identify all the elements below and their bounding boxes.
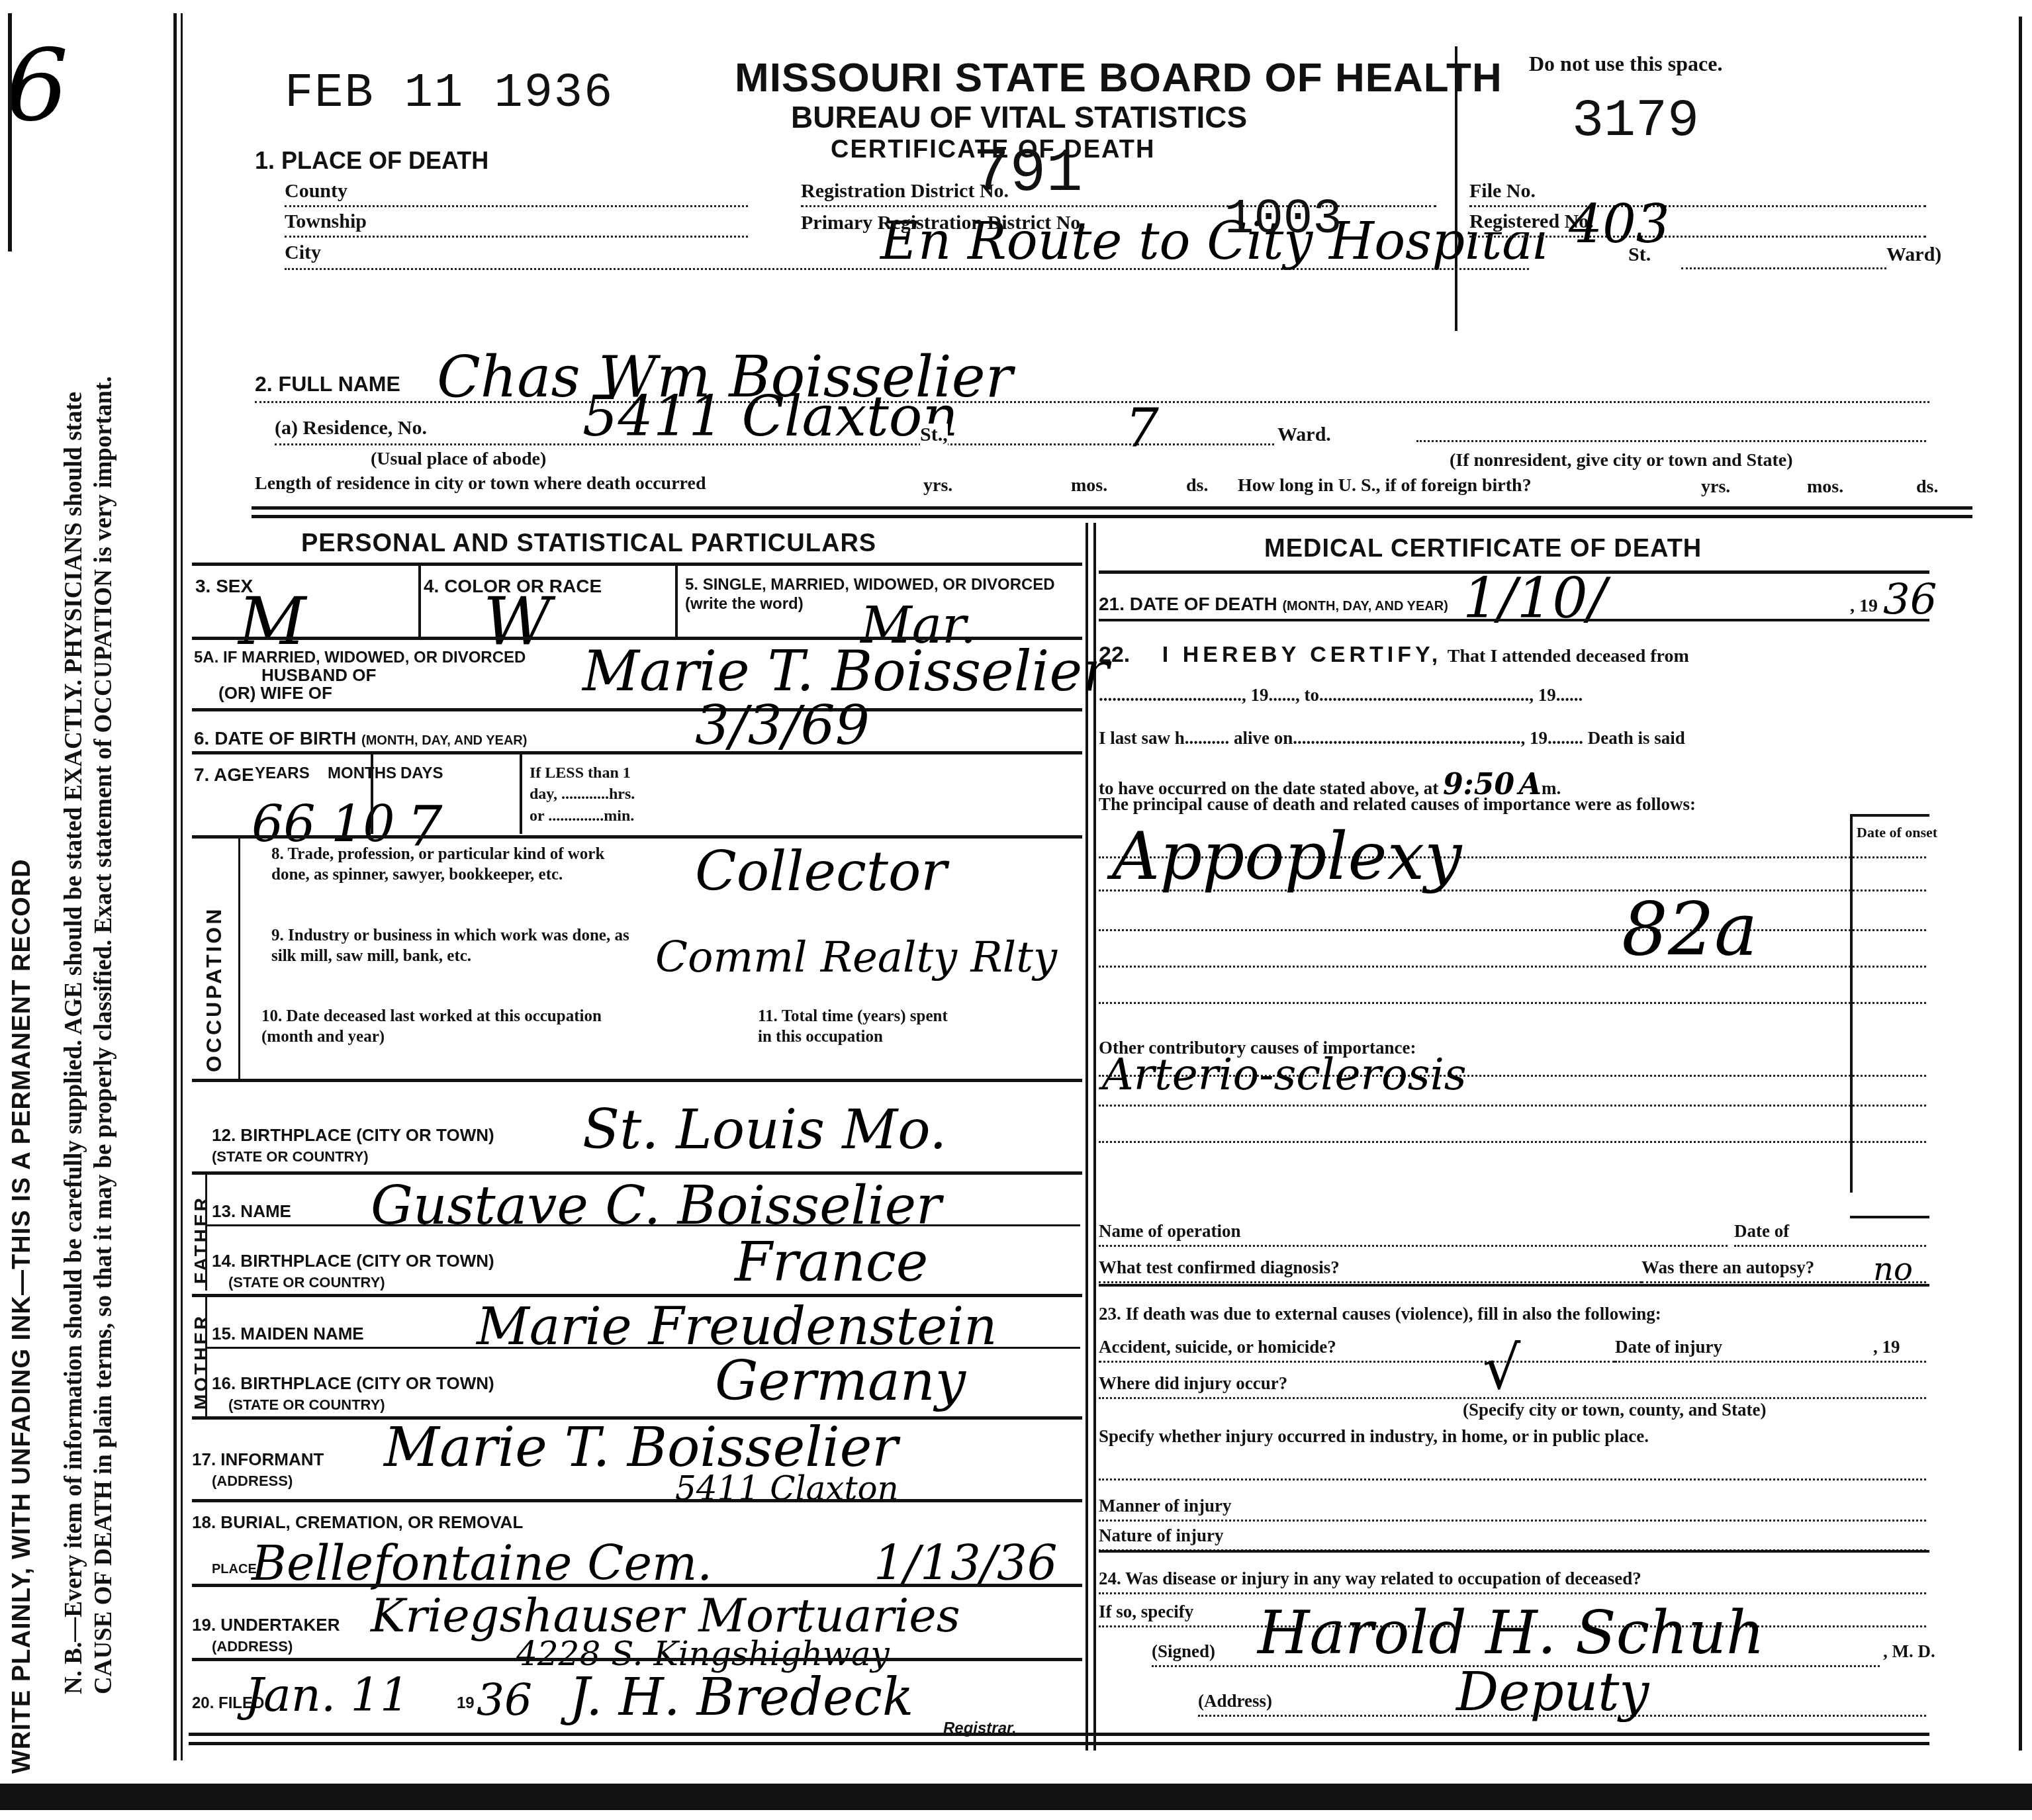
mother-birthplace-sub: (STATE OR COUNTRY)	[228, 1396, 385, 1414]
last-worked-label: 10. Date deceased last worked at this oc…	[261, 1006, 652, 1048]
residence-sub: (Usual place of abode)	[371, 449, 546, 470]
township-label: Township	[285, 210, 367, 232]
registered-no-field[interactable]: Registered No.	[1469, 210, 1926, 238]
form-bottom-bar	[0, 1784, 2032, 1810]
header-divider-2	[252, 515, 1972, 518]
filed-year-prefix: 19	[457, 1694, 475, 1713]
sex-race-divider	[418, 566, 421, 639]
birthplace-sub: (STATE OR COUNTRY)	[212, 1148, 369, 1165]
header-divider-1	[252, 506, 1972, 510]
years-label: YEARS	[255, 764, 310, 783]
dod-sub: (MONTH, DAY, AND YEAR)	[1282, 599, 1448, 614]
row-rule-5	[192, 1079, 1082, 1082]
father-birthplace-sub: (STATE OR COUNTRY)	[228, 1274, 385, 1291]
attended-range[interactable]: ................................, 19....…	[1099, 685, 1583, 705]
burial-label: 18. BURIAL, CREMATION, OR REMOVAL	[192, 1512, 523, 1533]
medical-heading: MEDICAL CERTIFICATE OF DEATH	[1264, 535, 1702, 563]
dob-label: 6. DATE OF BIRTH (MONTH, DAY, AND YEAR)	[194, 728, 527, 749]
margin-instruction-heading: WRITE PLAINLY, WITH UNFADING INK—THIS IS…	[8, 13, 36, 1774]
dod-label: 21. DATE OF DEATH (MONTH, DAY, AND YEAR)	[1099, 594, 1448, 615]
certify-num: 22.	[1099, 642, 1130, 667]
residence-st-label: St.,	[920, 424, 948, 446]
dob-sub: (MONTH, DAY, AND YEAR)	[361, 733, 527, 748]
manner-field[interactable]: Manner of injury	[1099, 1496, 1926, 1522]
autopsy-value[interactable]: no	[1873, 1251, 1913, 1288]
primary-reg-value: 1003	[1224, 192, 1342, 248]
cause-line-3[interactable]	[1099, 927, 1926, 931]
length-of-residence-label: Length of residence in city or town wher…	[255, 473, 706, 494]
father-birthplace-label: 14. BIRTHPLACE (CITY OR TOWN)	[212, 1251, 494, 1271]
margin-note-line2: CAUSE OF DEATH in plain terms, so that i…	[89, 376, 118, 1694]
specify-field[interactable]	[1099, 1476, 1926, 1480]
birthplace-value[interactable]: St. Louis Mo.	[582, 1099, 947, 1161]
accident-label: Accident, suicide, or homicide?	[1099, 1337, 1336, 1357]
form-title: MISSOURI STATE BOARD OF HEALTH	[735, 54, 1502, 101]
filed-date-value[interactable]: Jan. 11	[245, 1668, 409, 1722]
burial-date-value[interactable]: 1/13/36	[874, 1535, 1058, 1591]
row-rule-11	[192, 1658, 1082, 1661]
residence-value: 5411 Claxton	[582, 384, 958, 449]
filed-year-value[interactable]: 36	[477, 1674, 532, 1725]
city-ward-label: Ward)	[1886, 244, 1941, 266]
city-st-label: St.	[1628, 244, 1651, 266]
certify-text: That I attended deceased from	[1448, 646, 1689, 666]
onset-box-top	[1850, 814, 1929, 817]
ward-label: Ward.	[1277, 424, 1331, 446]
dob-value[interactable]: 3/3/69	[695, 695, 870, 758]
autopsy-label: Was there an autopsy?	[1641, 1257, 1814, 1277]
mother-birthplace-value[interactable]: Germany	[715, 1350, 966, 1413]
burial-place-label: PLACE	[212, 1562, 257, 1577]
address-label: (Address)	[1198, 1691, 1272, 1711]
reg-district-value: 791	[973, 139, 1083, 208]
length-ds: ds.	[1186, 475, 1208, 496]
trade-label: 8. Trade, profession, or particular kind…	[271, 844, 642, 886]
md-label: , M. D.	[1883, 1641, 1935, 1662]
office-note: Do not use this space.	[1529, 52, 1722, 76]
footer-rule-1	[189, 1733, 1929, 1736]
form-subtitle: BUREAU OF VITAL STATISTICS	[791, 99, 1247, 135]
cause-line-5[interactable]	[1099, 999, 1926, 1004]
industry-value[interactable]: Comml Realty Rlty	[655, 933, 1057, 982]
nature-label: Nature of injury	[1099, 1525, 1224, 1545]
less-line-1: If LESS than 1	[530, 762, 635, 784]
trade-value[interactable]: Collector	[695, 841, 947, 903]
industry-label: 9. Industry or business in which work wa…	[271, 925, 642, 967]
medical-rule-dod	[1099, 619, 1929, 621]
row-rule-9	[192, 1499, 1082, 1502]
onset-box-bottom	[1850, 1216, 1929, 1218]
related-field[interactable]: 24. Was disease or injury in any way rel…	[1099, 1569, 1926, 1594]
personal-heading: PERSONAL AND STATISTICAL PARTICULARS	[301, 529, 876, 558]
medical-rule-nature	[1099, 1550, 1929, 1553]
occupation-side-label: OCCUPATION	[202, 907, 226, 1072]
row-rule-3	[192, 751, 1082, 754]
manner-label: Manner of injury	[1099, 1496, 1232, 1516]
place-of-death-label: 1. PLACE OF DEATH	[255, 147, 488, 175]
certify-bold: I HEREBY CERTIFY,	[1162, 642, 1442, 667]
age-divider-2	[371, 754, 373, 834]
less-line-2: day, ............hrs.	[530, 784, 635, 805]
dob-label-text: 6. DATE OF BIRTH	[194, 728, 356, 749]
form-left-border-inner	[181, 13, 183, 1760]
burial-place-value[interactable]: Bellefontaine Cem.	[252, 1535, 712, 1591]
nonresident-note: (If nonresident, give city or town and S…	[1450, 450, 1793, 471]
father-birthplace-value[interactable]: France	[735, 1231, 928, 1294]
city-ward-field[interactable]	[1681, 244, 1886, 269]
township-field[interactable]: Township	[285, 210, 748, 238]
operation-date-field[interactable]: Date of	[1734, 1221, 1926, 1247]
signed-label: (Signed)	[1152, 1641, 1215, 1661]
age-label: 7. AGE	[194, 764, 254, 786]
dod-year-prefix: , 19	[1850, 596, 1878, 617]
spouse-label-3: (OR) WIFE OF	[218, 683, 332, 704]
dod-label-text: 21. DATE OF DEATH	[1099, 594, 1277, 614]
last-saw-line[interactable]: I last saw h.......... alive on.........…	[1099, 728, 1685, 749]
onset-box-left	[1850, 815, 1853, 1193]
days-label: DAYS	[400, 764, 443, 783]
length-mos: mos.	[1071, 475, 1107, 496]
injury-year: , 19	[1873, 1337, 1900, 1357]
medical-rule-autopsy	[1099, 1284, 1929, 1287]
row-rule-10	[192, 1584, 1082, 1587]
nonresident-field[interactable]	[1416, 414, 1926, 442]
test-label: What test confirmed diagnosis?	[1099, 1257, 1340, 1277]
informant-sub: (ADDRESS)	[212, 1473, 293, 1490]
dod-year-value[interactable]: 36	[1883, 576, 1937, 625]
total-time-label: 11. Total time (years) spent in this occ…	[758, 1006, 963, 1048]
external-label: 23. If death was due to external causes …	[1099, 1304, 1661, 1324]
related-label: 24. Was disease or injury in any way rel…	[1099, 1569, 1641, 1588]
father-side-label: FATHER	[191, 1195, 212, 1284]
ifso-label: If so, specify	[1099, 1602, 1193, 1621]
form-left-border	[173, 13, 177, 1760]
mother-maiden-label: 15. MAIDEN NAME	[212, 1324, 364, 1344]
city-label: City	[285, 242, 321, 263]
mother-rule	[207, 1347, 1080, 1349]
full-name-label: 2. FULL NAME	[255, 372, 400, 396]
received-stamp: FEB 11 1936	[285, 66, 614, 120]
county-field[interactable]: County	[285, 180, 748, 207]
registered-no-value: 403	[1569, 193, 1670, 255]
office-box-divider	[1455, 46, 1457, 331]
footer-rule-2	[189, 1742, 1929, 1745]
primary-reg-label: Primary Registration District No.	[801, 212, 1085, 234]
cause-label: The principal cause of death and related…	[1099, 794, 1696, 815]
us-yrs: yrs.	[1701, 477, 1730, 498]
form-right-border	[2019, 17, 2022, 1751]
nature-field[interactable]: Nature of injury	[1099, 1525, 1926, 1551]
county-label: County	[285, 180, 347, 202]
spouse-label-1: 5A. IF MARRIED, WIDOWED, OR DIVORCED	[194, 649, 526, 667]
accident-field[interactable]: Accident, suicide, or homicide?	[1099, 1337, 1615, 1363]
ward-value: 7	[1125, 397, 1159, 459]
less-than-label: If LESS than 1 day, ............hrs. or …	[530, 762, 635, 827]
spouse-value[interactable]: Marie T. Boisselier	[582, 639, 1109, 704]
father-rule	[207, 1224, 1080, 1226]
race-marital-divider	[675, 566, 678, 639]
margin-note-line1: N. B.—Every item of information should b…	[60, 392, 88, 1694]
us-label: How long in U. S., if of foreign birth?	[1238, 475, 1532, 496]
operation-label: Name of operation	[1099, 1221, 1240, 1241]
age-divider-1	[520, 754, 522, 834]
operation-date-label: Date of	[1734, 1221, 1789, 1241]
informant-label: 17. INFORMANT	[192, 1449, 324, 1470]
father-name-label: 13. NAME	[212, 1201, 291, 1222]
undertaker-sub: (ADDRESS)	[212, 1638, 293, 1655]
cause-note: 82a	[1622, 887, 1758, 972]
mother-birthplace-label: 16. BIRTHPLACE (CITY OR TOWN)	[212, 1373, 494, 1394]
row-rule-4	[192, 835, 1082, 839]
injury-date-label: Date of injury	[1615, 1337, 1722, 1357]
length-yrs: yrs.	[923, 475, 952, 496]
column-divider-right	[1093, 523, 1096, 1751]
onset-label: Date of onset	[1857, 824, 1937, 841]
file-no-label: File No.	[1469, 180, 1536, 202]
certify-line: 22. I HEREBY CERTIFY, That I attended de…	[1099, 642, 1689, 668]
birthplace-label: 12. BIRTHPLACE (CITY OR TOWN)	[212, 1125, 494, 1146]
other-cause-value[interactable]: Arterio-sclerosis	[1102, 1049, 1467, 1100]
where-label: Where did injury occur?	[1099, 1373, 1287, 1393]
operation-field[interactable]: Name of operation	[1099, 1221, 1728, 1247]
father-name-value[interactable]: Gustave C. Boisselier	[371, 1175, 941, 1236]
us-ds: ds.	[1916, 477, 1938, 498]
signed-value: Harold H. Schuh	[1258, 1598, 1765, 1668]
cause-line-8[interactable]	[1099, 1138, 1926, 1143]
file-no-field[interactable]: File No.	[1469, 180, 1926, 207]
cause-line-4[interactable]	[1099, 963, 1926, 968]
principal-cause[interactable]: Appoplexy	[1112, 817, 1462, 895]
specify-label: Specify whether injury occurred in indus…	[1099, 1426, 1649, 1447]
column-divider-left	[1085, 523, 1088, 1751]
test-field[interactable]: What test confirmed diagnosis?	[1099, 1257, 1641, 1283]
injury-dash-mark: √	[1483, 1334, 1520, 1403]
undertaker-label: 19. UNDERTAKER	[192, 1615, 340, 1635]
occupation-side-divider	[238, 837, 240, 1079]
us-mos: mos.	[1807, 477, 1843, 498]
less-line-3: or ..............min.	[530, 805, 635, 827]
mother-side-label: MOTHER	[191, 1314, 212, 1410]
address-value: Deputy	[1456, 1661, 1649, 1723]
residence-label: (a) Residence, No.	[275, 417, 427, 439]
office-number: 3179	[1572, 91, 1699, 152]
registrar-signature: J. H. Bredeck	[569, 1668, 913, 1727]
personal-rule-top	[192, 563, 1082, 566]
row-rule-2	[192, 708, 1082, 711]
cause-line-7[interactable]	[1099, 1102, 1926, 1107]
months-label: MONTHS	[328, 764, 396, 783]
